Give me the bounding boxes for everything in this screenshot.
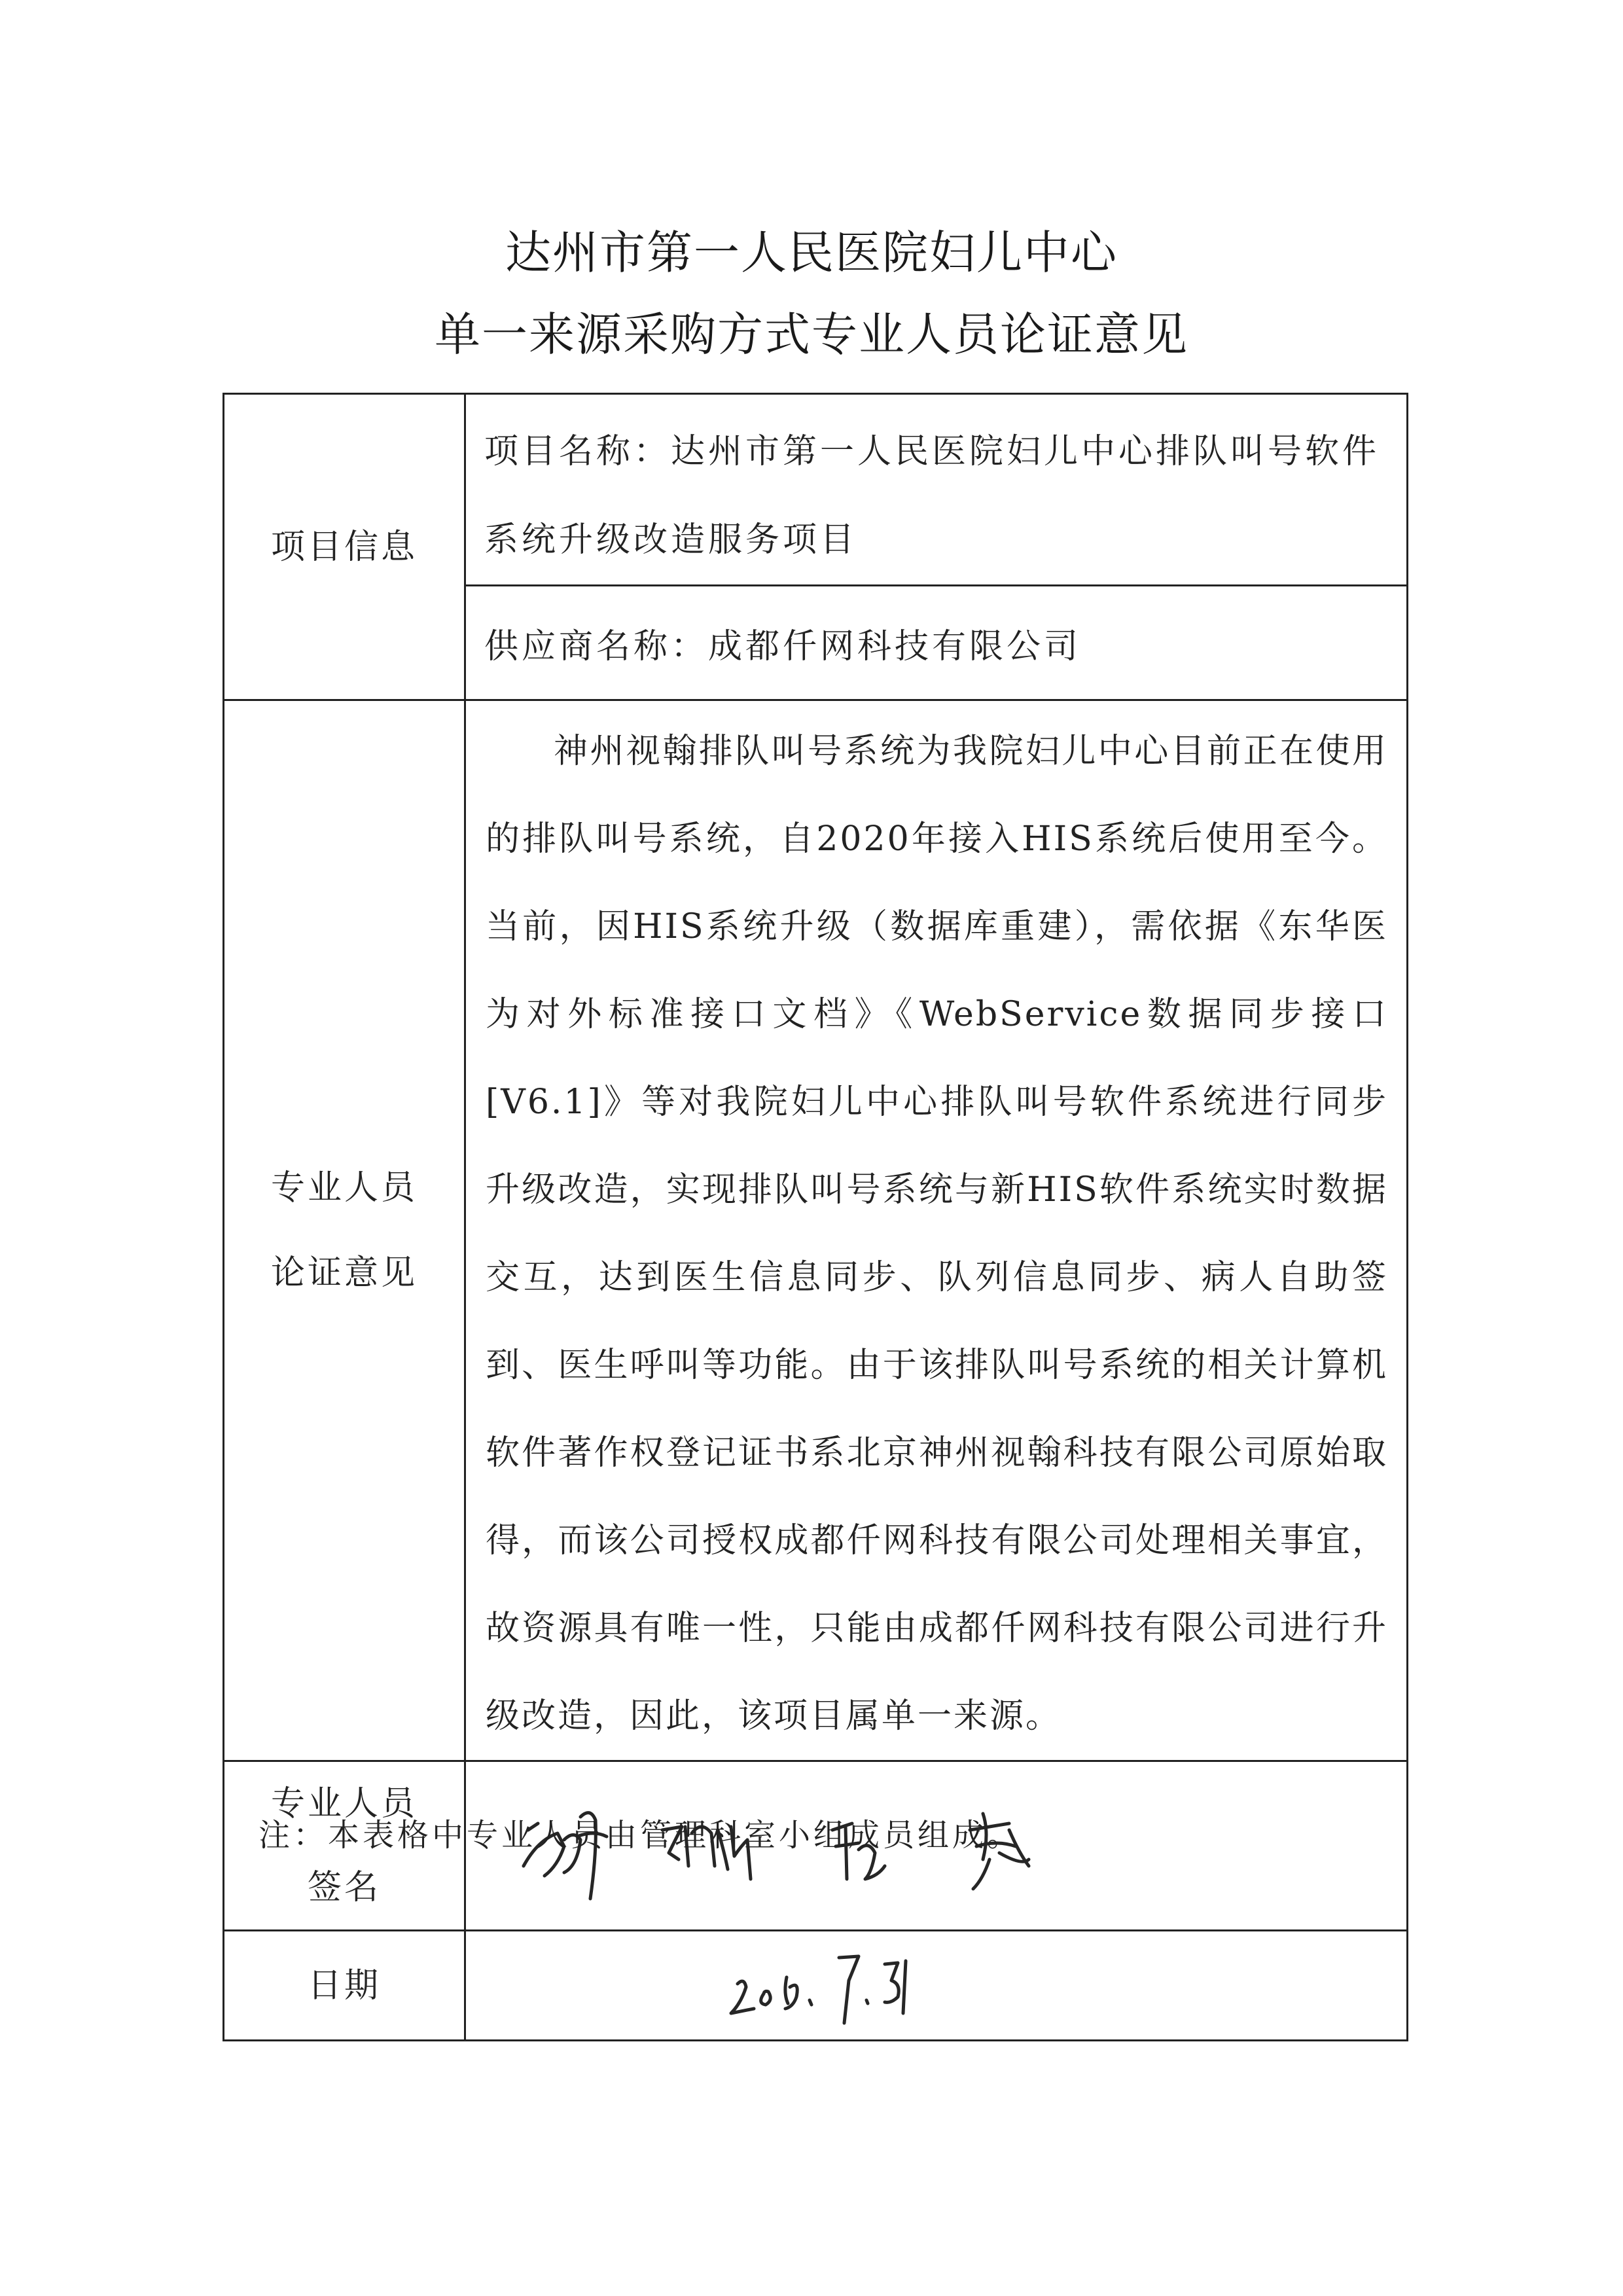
table-row-opinion: 专业人员 论证意见 神州视翰排队叫号系统为我院妇儿中心目前正在使用的排队叫号系统… xyxy=(224,700,1408,1761)
handwritten-date: 2025.7.31 xyxy=(466,1931,1406,2039)
footnote: 注：本表格中专业人员由管理科室小组成员组成。 xyxy=(259,1810,1022,1855)
opinion-label: 专业人员 论证意见 xyxy=(224,700,465,1761)
opinion-label-line-2: 论证意见 xyxy=(224,1230,464,1316)
project-info-label: 项目信息 xyxy=(224,394,465,700)
opinion-cell: 神州视翰排队叫号系统为我院妇儿中心目前正在使用的排队叫号系统，自2020年接入H… xyxy=(465,700,1408,1761)
project-name-cell: 项目名称：达州市第一人民医院妇儿中心排队叫号软件系统升级改造服务项目 xyxy=(465,394,1408,586)
date-cell: 2025.7.31 xyxy=(465,1931,1408,2041)
date-ink-icon xyxy=(466,1931,1408,2039)
table-row-date: 日期 2025.7.31 xyxy=(224,1931,1408,2041)
argumentation-table: 项目信息 项目名称：达州市第一人民医院妇儿中心排队叫号软件系统升级改造服务项目 … xyxy=(223,393,1408,2041)
page-title-line-2: 单一来源采购方式专业人员论证意见 xyxy=(0,298,1623,364)
page-title-line-1: 达州市第一人民医院妇儿中心 xyxy=(0,216,1623,282)
project-info-label-text: 项目信息 xyxy=(271,528,418,567)
date-label: 日期 xyxy=(224,1931,465,2041)
project-name-text: 项目名称：达州市第一人民医院妇儿中心排队叫号软件系统升级改造服务项目 xyxy=(484,432,1380,560)
date-label-text: 日期 xyxy=(308,1966,381,2005)
opinion-label-line-1: 专业人员 xyxy=(224,1145,464,1230)
supplier-name-text: 供应商名称：成都仟网科技有限公司 xyxy=(484,627,1081,666)
table-row-project-name: 项目信息 项目名称：达州市第一人民医院妇儿中心排队叫号软件系统升级改造服务项目 xyxy=(224,394,1408,586)
supplier-name-cell: 供应商名称：成都仟网科技有限公司 xyxy=(465,586,1408,700)
opinion-text: 神州视翰排队叫号系统为我院妇儿中心目前正在使用的排队叫号系统，自2020年接入H… xyxy=(486,732,1388,1736)
signature-label-line-2: 签名 xyxy=(224,1846,464,1929)
